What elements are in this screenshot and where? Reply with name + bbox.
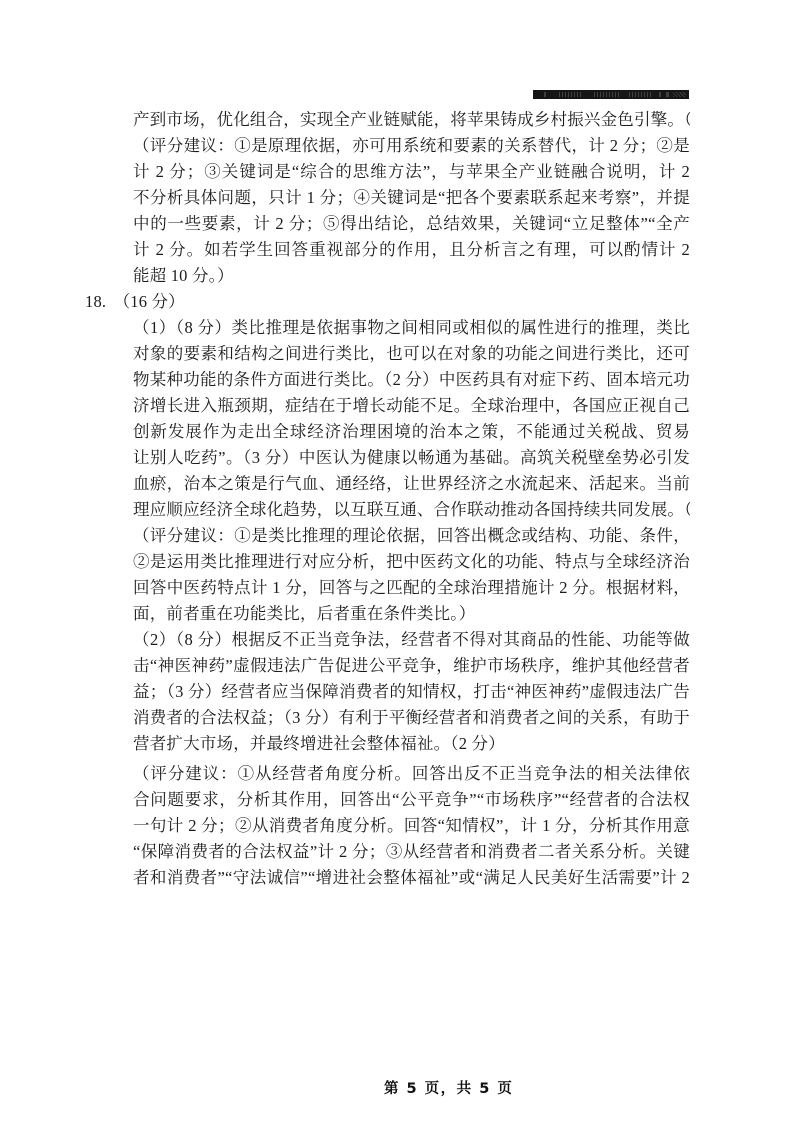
text-line: （评分建议：①是类比推理的理论依据，回答出概念或结构、功能、条件，均可计 2 分… — [133, 523, 690, 549]
text-line: 能超 10 分。） — [133, 263, 690, 289]
scan-artifact-bar — [533, 90, 689, 99]
text-line: （2）（8 分）根据反不正当竞争法，经营者不得对其商品的性能、功能等做虚假宣传，… — [133, 627, 690, 653]
text-line: （评分建议：①从经营者角度分析。回答出反不正当竞争法的相关法律依据，计 1 分，… — [133, 761, 690, 787]
q17-continuation-paragraph: 产到市场，优化组合，实现全产业链赋能，将苹果铸成乡村振兴金色引擎。（2 分）（评… — [133, 107, 690, 289]
text-line: 济增长进入瓶颈期，症结在于增长动能不足。全球治理中，各国应正视自己的问题，以 — [133, 393, 690, 419]
scan-bar-mark — [673, 92, 686, 97]
document-page: 产到市场，优化组合，实现全产业链赋能，将苹果铸成乡村振兴金色引擎。（2 分）（评… — [0, 0, 800, 1131]
scan-bar-mark — [544, 92, 546, 97]
text-line: 面，前者重在功能类比，后者重在条件类比。） — [133, 601, 690, 627]
scan-bar-mark — [659, 92, 661, 97]
text-line: （1）（8 分）类比推理是依据事物之间相同或相似的属性进行的推理，类比推理既可以… — [133, 315, 690, 341]
scan-bar-mark — [666, 92, 669, 97]
text-line: 理应顺应经济全球化趋势，以互联互通、合作联动推动各国持续共同发展。（3 分） — [133, 497, 690, 523]
text-line: 让别人吃药”。（3 分）中医认为健康以畅通为基础。高筑关税壁垒势必引发国际经贸气… — [133, 445, 690, 471]
text-line: （评分建议：①是原理依据，亦可用系统和要素的关系替代，计 2 分；②是方法论要求… — [133, 133, 690, 159]
text-line: 营者扩大市场，并最终增进社会整体福祉。（2 分） — [133, 731, 690, 757]
text-line: 对象的要素和结构之间进行类比，也可以在对象的功能之间进行类比，还可以从导致事 — [133, 341, 690, 367]
scan-bar-mark — [594, 92, 619, 97]
q18-part2-scoring-paragraph: （评分建议：①从经营者角度分析。回答出反不正当竞争法的相关法律依据，计 1 分，… — [133, 761, 690, 891]
scan-bar-mark — [629, 92, 653, 97]
text-line: 计 2 分；③关键词是“综合的思维方法”，与苹果全产业链融合说明，计 2 分，只… — [133, 159, 690, 185]
question-18-heading: 18. （16 分） — [85, 289, 690, 315]
page-footer: 第 5 页，共 5 页 — [384, 1077, 513, 1098]
answer-key-content: 产到市场，优化组合，实现全产业链赋能，将苹果铸成乡村振兴金色引擎。（2 分）（评… — [133, 107, 690, 891]
text-line: 一句计 2 分；②从消费者角度分析。回答“知情权”，计 1 分，分析其作用意义，… — [133, 813, 690, 839]
text-line: 合问题要求，分析其作用，回答出“公平竞争”“市场秩序”“经营者的合法权益”任意 — [133, 787, 690, 813]
text-line: 益；（3 分）经营者应当保障消费者的知情权，打击“神医神药”虚假违法广告利于保障 — [133, 679, 690, 705]
q18-part1-scoring-paragraph: （评分建议：①是类比推理的理论依据，回答出概念或结构、功能、条件，均可计 2 分… — [133, 523, 690, 627]
text-line: 创新发展作为走出全球经济治理困境的治本之策，不能通过关税战、贸易战，“自己生病 — [133, 419, 690, 445]
q18-part1-answer-paragraph: （1）（8 分）类比推理是依据事物之间相同或相似的属性进行的推理，类比推理既可以… — [133, 315, 690, 523]
page-number-text: 第 5 页，共 5 页 — [384, 1081, 513, 1097]
text-line: 计 2 分。如若学生回答重视部分的作用，且分析言之有理，可以酌情计 2 分。但总… — [133, 237, 690, 263]
scan-bar-mark — [559, 92, 583, 97]
q18-part2-answer-paragraph: （2）（8 分）根据反不正当竞争法，经营者不得对其商品的性能、功能等做虚假宣传，… — [133, 627, 690, 757]
text-line: 血瘀，治本之策是行气血、通经络，让世界经济之水流起来、活起来。当前全球经济治 — [133, 471, 690, 497]
question-number: 18. — [85, 292, 106, 311]
text-line: 中的一些要素，计 2 分；⑤得出结论，总结效果，关键词“立足整体”“全产业链赋能… — [133, 211, 690, 237]
text-line: “保障消费者的合法权益”计 2 分；③从经营者和消费者二者关系分析。关键词“经营 — [133, 839, 690, 865]
text-line: 回答中医药特点计 1 分，回答与之匹配的全球治理措施计 2 分。根据材料，总共两… — [133, 575, 690, 601]
text-line: 产到市场，优化组合，实现全产业链赋能，将苹果铸成乡村振兴金色引擎。（2 分） — [133, 107, 690, 133]
text-line: 消费者的合法权益；（3 分）有利于平衡经营者和消费者之间的关系，有助于守法诚信经 — [133, 705, 690, 731]
text-line: 物某种功能的条件方面进行类比。（2 分）中医药具有对症下药、固本培元功能。世界经 — [133, 367, 690, 393]
text-line: 击“神医神药”虚假违法广告促进公平竞争，维护市场秩序，维护其他经营者的合法权 — [133, 653, 690, 679]
text-line: 者和消费者”“守法诚信”“增进社会整体福祉”或“满足人民美好生活需要”计 2 分… — [133, 865, 690, 891]
question-score: （16 分） — [114, 292, 185, 311]
text-line: ②是运用类比推理进行对应分析，把中医药文化的功能、特点与全球经济治理逐一对应， — [133, 549, 690, 575]
text-line: 不分析具体问题，只计 1 分；④关键词是“把各个要素联系起来考察”，并提到了产业… — [133, 185, 690, 211]
